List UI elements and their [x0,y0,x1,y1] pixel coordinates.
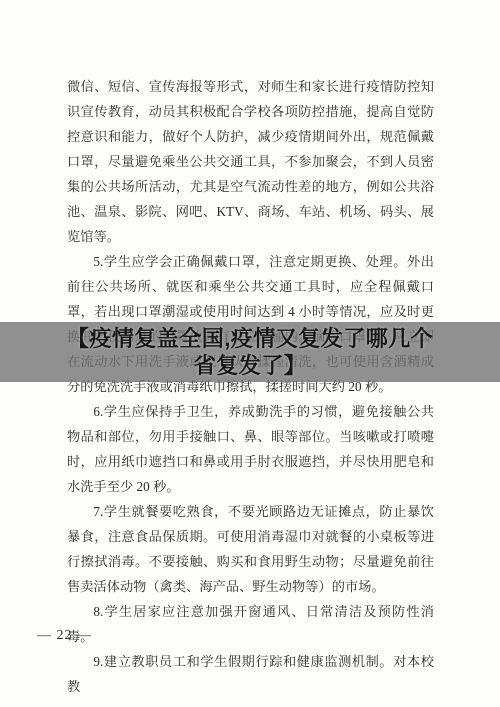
overlay-title-line2: 省复发了】 [194,353,307,378]
document-body: 微信、短信、宣传海报等形式，对师生和家长进行疫情防控知识宣传教育，动员其积极配合… [67,74,434,699]
doc-paragraph: 9.建立教职员工和学生假期行踪和健康监测机制。对本校教 [67,649,434,699]
overlay-banner: 【疫情复盖全国,疫情又复发了哪几个 省复发了】 [0,322,500,382]
overlay-title-line1: 【疫情复盖全国,疫情又复发了哪几个 [67,326,434,351]
doc-paragraph: 微信、短信、宣传海报等形式，对师生和家长进行疫情防控知识宣传教育，动员其积极配合… [67,74,434,249]
doc-paragraph: 8.学生居家应注意加强开窗通风、日常清洁及预防性消毒。 [67,599,434,649]
footer-page-number: — 22 — [37,628,92,644]
doc-paragraph: 7.学生就餐要吃熟食，不要光顾路边无证摊点，防止暴饮暴食，注意食品保质期。可使用… [67,499,434,599]
doc-paragraph: 6.学生应保持手卫生，养成勤洗手的习惯，避免接触公共物品和部位，勿用手接触口、鼻… [67,399,434,499]
document-page: 微信、短信、宣传海报等形式，对师生和家长进行疫情防控知识宣传教育，动员其积极配合… [0,0,500,707]
overlay-title: 【疫情复盖全国,疫情又复发了哪几个 省复发了】 [67,325,434,379]
